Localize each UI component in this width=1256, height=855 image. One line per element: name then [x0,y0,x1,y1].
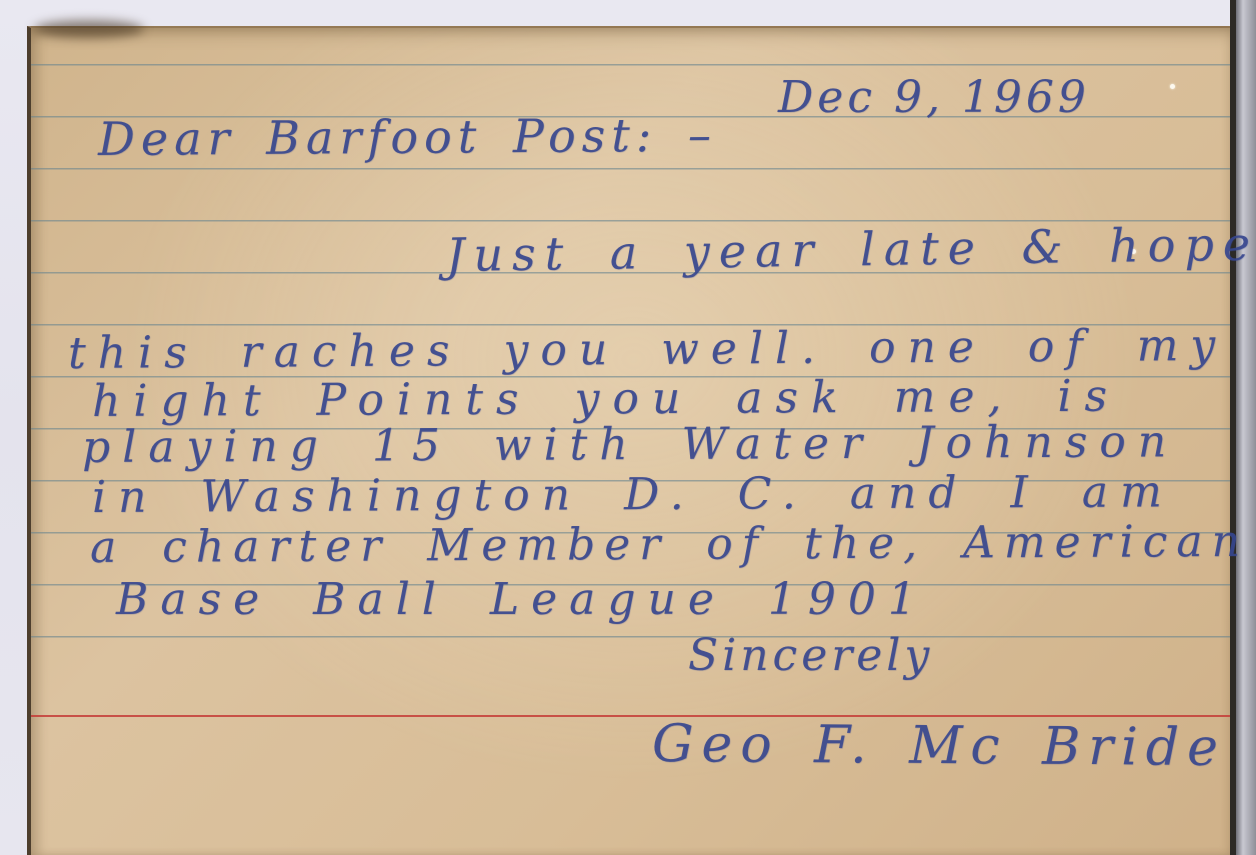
letter-salutation: Dear Barfoot Post: – [98,108,717,166]
letter-date: Dec 9, 1969 [778,72,1090,123]
letter-body-line: Base Ball League 1901 [116,574,928,625]
letter-opening-line: Just a year late & hope [446,217,1256,282]
letter-closing: Sincerely [688,630,933,681]
paper-speck [1170,84,1175,89]
scanned-letter-page: Dec 9, 1969 Dear Barfoot Post: – Just a … [0,0,1256,855]
scanner-edge-strip [1236,0,1256,855]
letter-body-line: playing 15 with Water Johnson [82,416,1178,473]
letter-body-line: in Washington D. C. and I am [92,466,1174,523]
letter-body-line: a charter Member of the, American [90,516,1249,573]
top-edge-shadow [34,20,144,38]
letter-signature: Geo F. Mc Bride [652,714,1226,778]
